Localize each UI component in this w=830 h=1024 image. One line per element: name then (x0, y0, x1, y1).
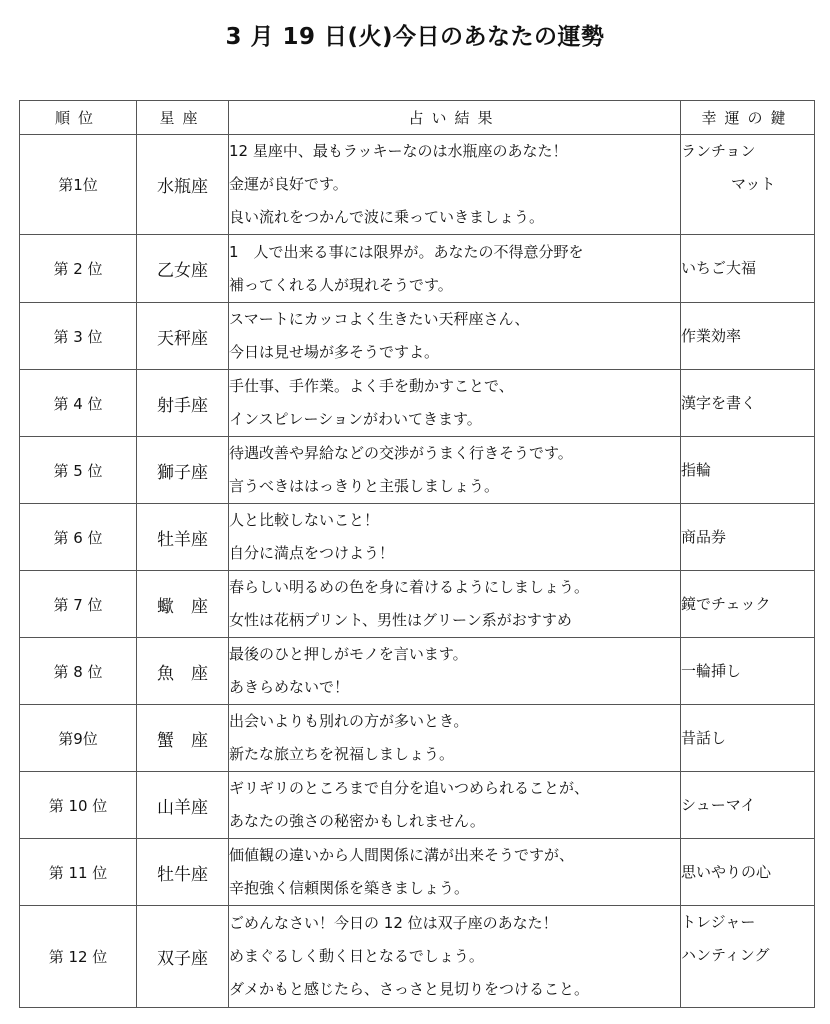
table-row: 第 12 位双子座ごめんなさい！今日の 12 位は双子座のあなた！めまぐるしく動… (20, 906, 815, 1008)
lucky-key-line: 思いやりの心 (681, 856, 814, 889)
fortune-line: あきらめないで！ (229, 671, 680, 704)
fortune-result-cell: 春らしい明るめの色を身に着けるようにしましょう。女性は花柄プリント、男性はグリー… (229, 571, 681, 638)
table-row: 第 7 位蠍 座春らしい明るめの色を身に着けるようにしましょう。女性は花柄プリン… (20, 571, 815, 638)
fortune-result-cell: 1 人で出来る事には限界が。あなたの不得意分野を補ってくれる人が現れそうです。 (229, 235, 681, 303)
table-row: 第1位水瓶座12 星座中、最もラッキーなのは水瓶座のあなた！金運が良好です。良い… (20, 135, 815, 235)
lucky-key-line: トレジャー (681, 906, 814, 939)
rank-cell: 第1位 (20, 135, 137, 235)
lucky-key-cell: 漢字を書く (681, 370, 815, 437)
rank-cell: 第9位 (20, 705, 137, 772)
fortune-line: 辛抱強く信頼関係を築きましょう。 (229, 872, 680, 905)
zodiac-sign-cell: 獅子座 (137, 437, 229, 504)
table-row: 第 6 位牡羊座人と比較しないこと！自分に満点をつけよう！商品券 (20, 504, 815, 571)
fortune-line: ごめんなさい！今日の 12 位は双子座のあなた！ (229, 907, 680, 940)
fortune-line: インスピレーションがわいてきます。 (229, 403, 680, 436)
lucky-key-line: ハンティング (681, 939, 814, 972)
lucky-key-line: シューマイ (681, 789, 814, 822)
table-header-row: 順位 星座 占い結果 幸運の鍵 (20, 101, 815, 135)
lucky-key-line: 昔話し (681, 722, 814, 755)
fortune-result-cell: 12 星座中、最もラッキーなのは水瓶座のあなた！金運が良好です。良い流れをつかん… (229, 135, 681, 235)
lucky-key-cell: 思いやりの心 (681, 839, 815, 906)
lucky-key-line: ランチョン (681, 135, 814, 168)
fortune-line: 最後のひと押しがモノを言います。 (229, 638, 680, 671)
fortune-line: ダメかもと感じたら、さっさと見切りをつけること。 (229, 973, 680, 1006)
zodiac-sign-cell: 蟹 座 (137, 705, 229, 772)
fortune-result-cell: 人と比較しないこと！自分に満点をつけよう！ (229, 504, 681, 571)
fortune-line: スマートにカッコよく生きたい天秤座さん、 (229, 303, 680, 336)
lucky-key-cell: 一輪挿し (681, 638, 815, 705)
fortune-line: 出会いよりも別れの方が多いとき。 (229, 705, 680, 738)
fortune-result-cell: 最後のひと押しがモノを言います。あきらめないで！ (229, 638, 681, 705)
fortune-line: 人と比較しないこと！ (229, 504, 680, 537)
header-rank: 順位 (20, 101, 137, 135)
lucky-key-line: 鏡でチェック (681, 588, 814, 621)
fortune-result-cell: スマートにカッコよく生きたい天秤座さん、今日は見せ場が多そうですよ。 (229, 303, 681, 370)
table-row: 第 4 位射手座手仕事、手作業。よく手を動かすことで、インスピレーションがわいて… (20, 370, 815, 437)
fortune-line: 12 星座中、最もラッキーなのは水瓶座のあなた！ (229, 135, 680, 168)
zodiac-sign-cell: 水瓶座 (137, 135, 229, 235)
table-row: 第9位蟹 座出会いよりも別れの方が多いとき。新たな旅立ちを祝福しましょう。昔話し (20, 705, 815, 772)
table-row: 第 11 位牡牛座価値観の違いから人間関係に溝が出来そうですが、辛抱強く信頼関係… (20, 839, 815, 906)
rank-cell: 第 2 位 (20, 235, 137, 303)
fortune-line: 価値観の違いから人間関係に溝が出来そうですが、 (229, 839, 680, 872)
zodiac-sign-cell: 魚 座 (137, 638, 229, 705)
header-lucky-key: 幸運の鍵 (681, 101, 815, 135)
zodiac-sign-cell: 山羊座 (137, 772, 229, 839)
fortune-result-cell: ごめんなさい！今日の 12 位は双子座のあなた！めまぐるしく動く日となるでしょう… (229, 906, 681, 1008)
zodiac-sign-cell: 双子座 (137, 906, 229, 1008)
fortune-table: 順位 星座 占い結果 幸運の鍵 第1位水瓶座12 星座中、最もラッキーなのは水瓶… (19, 100, 815, 1008)
fortune-line: 手仕事、手作業。よく手を動かすことで、 (229, 370, 680, 403)
fortune-line: 金運が良好です。 (229, 168, 680, 201)
fortune-line: あなたの強さの秘密かもしれません。 (229, 805, 680, 838)
fortune-result-cell: 待遇改善や昇給などの交渉がうまく行きそうです。言うべきははっきりと主張しましょう… (229, 437, 681, 504)
fortune-line: 補ってくれる人が現れそうです。 (229, 269, 680, 302)
zodiac-sign-cell: 射手座 (137, 370, 229, 437)
lucky-key-cell: シューマイ (681, 772, 815, 839)
fortune-result-cell: 出会いよりも別れの方が多いとき。新たな旅立ちを祝福しましょう。 (229, 705, 681, 772)
rank-cell: 第 11 位 (20, 839, 137, 906)
zodiac-sign-cell: 乙女座 (137, 235, 229, 303)
lucky-key-line: 商品券 (681, 521, 814, 554)
rank-cell: 第 3 位 (20, 303, 137, 370)
lucky-key-line: 作業効率 (681, 320, 814, 353)
lucky-key-line: いちご大福 (681, 252, 814, 285)
lucky-key-cell: いちご大福 (681, 235, 815, 303)
lucky-key-line: 漢字を書く (681, 387, 814, 420)
page-title: 3 月 19 日(火)今日のあなたの運勢 (0, 18, 830, 51)
fortune-result-cell: 手仕事、手作業。よく手を動かすことで、インスピレーションがわいてきます。 (229, 370, 681, 437)
fortune-line: 新たな旅立ちを祝福しましょう。 (229, 738, 680, 771)
table-body: 第1位水瓶座12 星座中、最もラッキーなのは水瓶座のあなた！金運が良好です。良い… (20, 135, 815, 1008)
rank-cell: 第 8 位 (20, 638, 137, 705)
zodiac-sign-cell: 牡羊座 (137, 504, 229, 571)
header-sign: 星座 (137, 101, 229, 135)
fortune-line: 今日は見せ場が多そうですよ。 (229, 336, 680, 369)
lucky-key-line: 一輪挿し (681, 655, 814, 688)
fortune-line: 女性は花柄プリント、男性はグリーン系がおすすめ (229, 604, 680, 637)
table-row: 第 3 位天秤座スマートにカッコよく生きたい天秤座さん、今日は見せ場が多そうです… (20, 303, 815, 370)
rank-cell: 第 4 位 (20, 370, 137, 437)
zodiac-sign-cell: 牡牛座 (137, 839, 229, 906)
table-row: 第 10 位山羊座ギリギリのところまで自分を追いつめられることが、あなたの強さの… (20, 772, 815, 839)
lucky-key-cell: 昔話し (681, 705, 815, 772)
fortune-line: 自分に満点をつけよう！ (229, 537, 680, 570)
lucky-key-cell: ランチョンマット (681, 135, 815, 235)
lucky-key-cell: 鏡でチェック (681, 571, 815, 638)
lucky-key-cell: 作業効率 (681, 303, 815, 370)
fortune-line: 良い流れをつかんで波に乗っていきましょう。 (229, 201, 680, 234)
fortune-line: 春らしい明るめの色を身に着けるようにしましょう。 (229, 571, 680, 604)
rank-cell: 第 6 位 (20, 504, 137, 571)
lucky-key-cell: トレジャーハンティング (681, 906, 815, 1008)
header-result: 占い結果 (229, 101, 681, 135)
lucky-key-cell: 商品券 (681, 504, 815, 571)
table-row: 第 2 位乙女座1 人で出来る事には限界が。あなたの不得意分野を補ってくれる人が… (20, 235, 815, 303)
rank-cell: 第 10 位 (20, 772, 137, 839)
fortune-line: めまぐるしく動く日となるでしょう。 (229, 940, 680, 973)
fortune-result-cell: ギリギリのところまで自分を追いつめられることが、あなたの強さの秘密かもしれません… (229, 772, 681, 839)
table-row: 第 8 位魚 座最後のひと押しがモノを言います。あきらめないで！一輪挿し (20, 638, 815, 705)
rank-cell: 第 5 位 (20, 437, 137, 504)
fortune-line: ギリギリのところまで自分を追いつめられることが、 (229, 772, 680, 805)
table-row: 第 5 位獅子座待遇改善や昇給などの交渉がうまく行きそうです。言うべきははっきり… (20, 437, 815, 504)
rank-cell: 第 7 位 (20, 571, 137, 638)
fortune-result-cell: 価値観の違いから人間関係に溝が出来そうですが、辛抱強く信頼関係を築きましょう。 (229, 839, 681, 906)
fortune-line: 言うべきははっきりと主張しましょう。 (229, 470, 680, 503)
rank-cell: 第 12 位 (20, 906, 137, 1008)
fortune-line: 待遇改善や昇給などの交渉がうまく行きそうです。 (229, 437, 680, 470)
fortune-line: 1 人で出来る事には限界が。あなたの不得意分野を (229, 236, 680, 269)
lucky-key-line: 指輪 (681, 454, 814, 487)
zodiac-sign-cell: 天秤座 (137, 303, 229, 370)
lucky-key-line: マット (681, 168, 814, 201)
lucky-key-cell: 指輪 (681, 437, 815, 504)
zodiac-sign-cell: 蠍 座 (137, 571, 229, 638)
